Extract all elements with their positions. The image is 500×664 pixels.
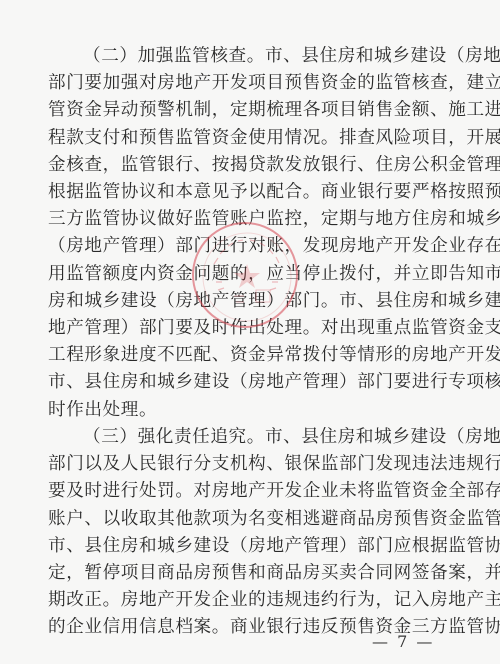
text-line: 工程形象进度不匹配、资金异常拨付等情形的房地产开发项目， [48, 342, 440, 369]
text-line: 房和城乡建设（房地产管理）部门。市、县住房和城乡建设（房 [48, 288, 440, 315]
text-line: 市、县住房和城乡建设（房地产管理）部门应根据监管协议约 [48, 533, 440, 560]
text-line: 用监管额度内资金问题的，应当停止拨付，并立即告知市、县住 [48, 261, 440, 288]
text-line: 定，暂停项目商品房预售和商品房买卖合同网签备案，并责令限 [48, 560, 440, 587]
text-line: 期改正。房地产开发企业的违规违约行为，记入房地产主管部门 [48, 587, 440, 614]
text-line: 三方监管协议做好监管账户监控，定期与地方住房和城乡建设 [48, 206, 440, 233]
text-line: （房地产管理）部门进行对账，发现房地产开发企业存在违规挪 [48, 233, 440, 260]
text-line: （二）加强监管核查。市、县住房和城乡建设（房地产管理） [48, 43, 440, 70]
text-line: 时作出处理。 [48, 397, 440, 424]
document-page: （二）加强监管核查。市、县住房和城乡建设（房地产管理） 部门要加强对房地产开发项… [0, 0, 500, 664]
text-line: 地产管理）部门要及时作出处理。对出现重点监管资金支出额与 [48, 315, 440, 342]
text-line: 管资金异动预警机制，定期梳理各项目销售金额、施工进度、工 [48, 97, 440, 124]
page-number: — 7 — [372, 632, 434, 651]
text-line: 账户、以收取其他款项为名变相逃避商品房预售资金监管的， [48, 506, 440, 533]
text-line: 部门要加强对房地产开发项目预售资金的监管核查，建立重点监 [48, 70, 440, 97]
section-2-paragraph: （二）加强监管核查。市、县住房和城乡建设（房地产管理） 部门要加强对房地产开发项… [48, 43, 440, 424]
section-3-paragraph: （三）强化责任追究。市、县住房和城乡建设（房地产管理） 部门以及人民银行分支机构… [48, 424, 440, 642]
text-line: 程款支付和预售监管资金使用情况。排查风险项目，开展预售资 [48, 125, 440, 152]
text-line: 根据监管协议和本意见予以配合。商业银行要严格按照预售资金 [48, 179, 440, 206]
text-line: 部门以及人民银行分支机构、银保监部门发现违法违规行为的， [48, 451, 440, 478]
text-line: 市、县住房和城乡建设（房地产管理）部门要进行专项核查并及 [48, 369, 440, 396]
text-line: 要及时进行处罚。对房地产开发企业未将监管资金全部存入监管 [48, 478, 440, 505]
text-line: （三）强化责任追究。市、县住房和城乡建设（房地产管理） [48, 424, 440, 451]
text-line: 金核查，监管银行、按揭贷款发放银行、住房公积金管理机构应 [48, 152, 440, 179]
